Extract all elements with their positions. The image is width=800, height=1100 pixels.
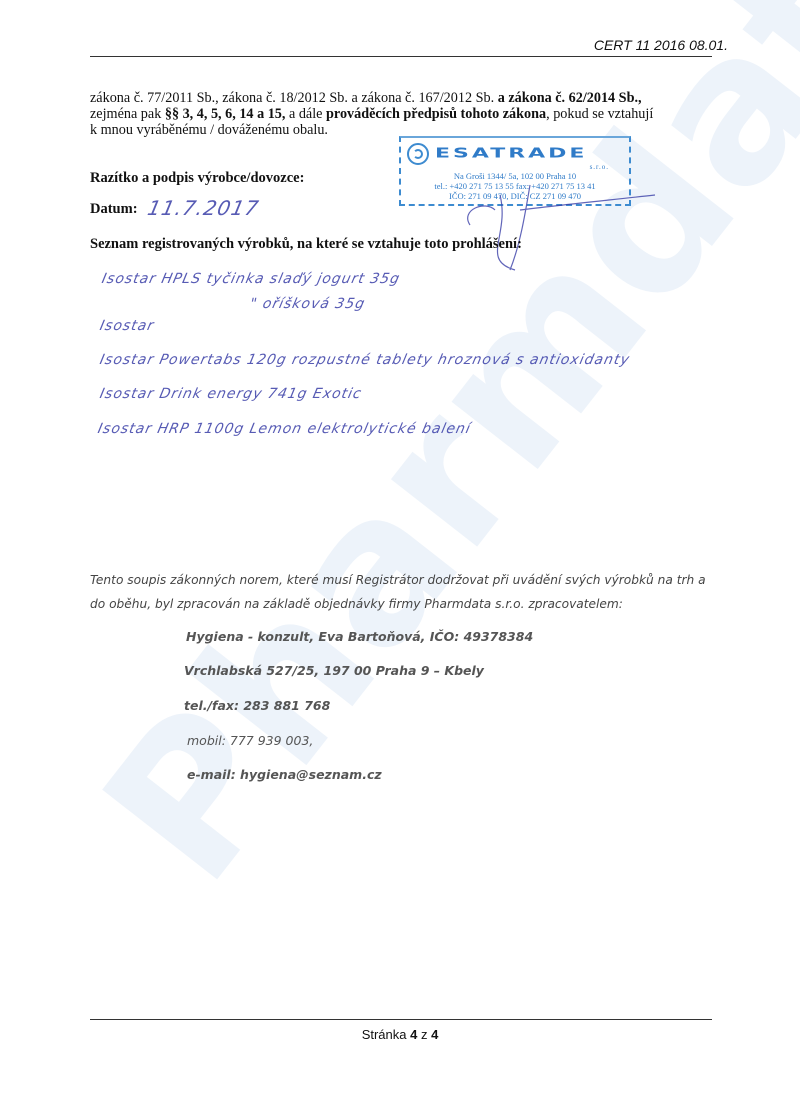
- stamp-suffix: s.r.o.: [590, 163, 609, 171]
- intro-line1-text: zákona č. 77/2011 Sb., zákona č. 18/2012…: [90, 90, 498, 106]
- product-item: " oříšková 35g: [248, 296, 366, 312]
- page-prefix: Stránka: [362, 1027, 410, 1042]
- document-code: CERT 11 2016 08.01.: [594, 37, 728, 53]
- intro-line2-bold1: §§ 3, 4, 5, 6, 14 a 15,: [165, 106, 286, 122]
- signature-icon: [440, 175, 660, 275]
- product-item: Isostar Drink energy 741g Exotic: [98, 386, 363, 402]
- product-item: Isostar HPLS tyčinka slaďý jogurt 35g: [100, 271, 401, 287]
- date-label: Datum:: [90, 201, 138, 218]
- products-list-label: Seznam registrovaných výrobků, na které …: [90, 236, 522, 253]
- intro-line2-c: , pokud se vztahují: [546, 106, 653, 122]
- processor-address: Vrchlabská 527/25, 197 00 Praha 9 – Kbel…: [184, 663, 484, 678]
- intro-line3: k mnou vyráběnému / dováženému obalu.: [90, 122, 328, 138]
- processor-note-line1: Tento soupis zákonných norem, které musí…: [90, 573, 706, 587]
- footer-rule: [90, 1019, 712, 1020]
- handwritten-date: 11.7.2017: [145, 196, 261, 220]
- page-number: Stránka 4 z 4: [0, 1027, 800, 1042]
- product-item: Isostar Powertabs 120g rozpustné tablety…: [98, 352, 631, 368]
- processor-mobile: mobil: 777 939 003,: [187, 733, 313, 748]
- processor-name: Hygiena - konzult, Eva Bartoňová, IČO: 4…: [186, 629, 533, 644]
- intro-line1-bold: a zákona č. 62/2014 Sb.,: [498, 90, 642, 106]
- swirl-logo-icon: [407, 143, 429, 165]
- header-rule: [90, 56, 712, 57]
- page-sep: z: [417, 1027, 431, 1042]
- intro-line2-b: a dále: [285, 106, 326, 122]
- stamp-signature-label: Razítko a podpis výrobce/dovozce:: [90, 170, 304, 187]
- product-item: Isostar: [98, 318, 156, 334]
- page-total: 4: [431, 1027, 438, 1042]
- intro-line2-a: zejména pak: [90, 106, 165, 122]
- processor-telfax: tel./fax: 283 881 768: [184, 698, 330, 713]
- processor-note-line2: do oběhu, byl zpracován na základě objed…: [90, 597, 623, 611]
- processor-email: e-mail: hygiena@seznam.cz: [187, 767, 382, 782]
- intro-paragraph: zákona č. 77/2011 Sb., zákona č. 18/2012…: [90, 90, 712, 138]
- stamp-brand: ESATRADE: [435, 146, 587, 161]
- intro-line2-bold2: prováděcích předpisů tohoto zákona: [326, 106, 546, 122]
- stamp-logo: ESATRADE: [407, 141, 587, 166]
- product-item: Isostar HRP 1100g Lemon elektrolytické b…: [96, 421, 472, 437]
